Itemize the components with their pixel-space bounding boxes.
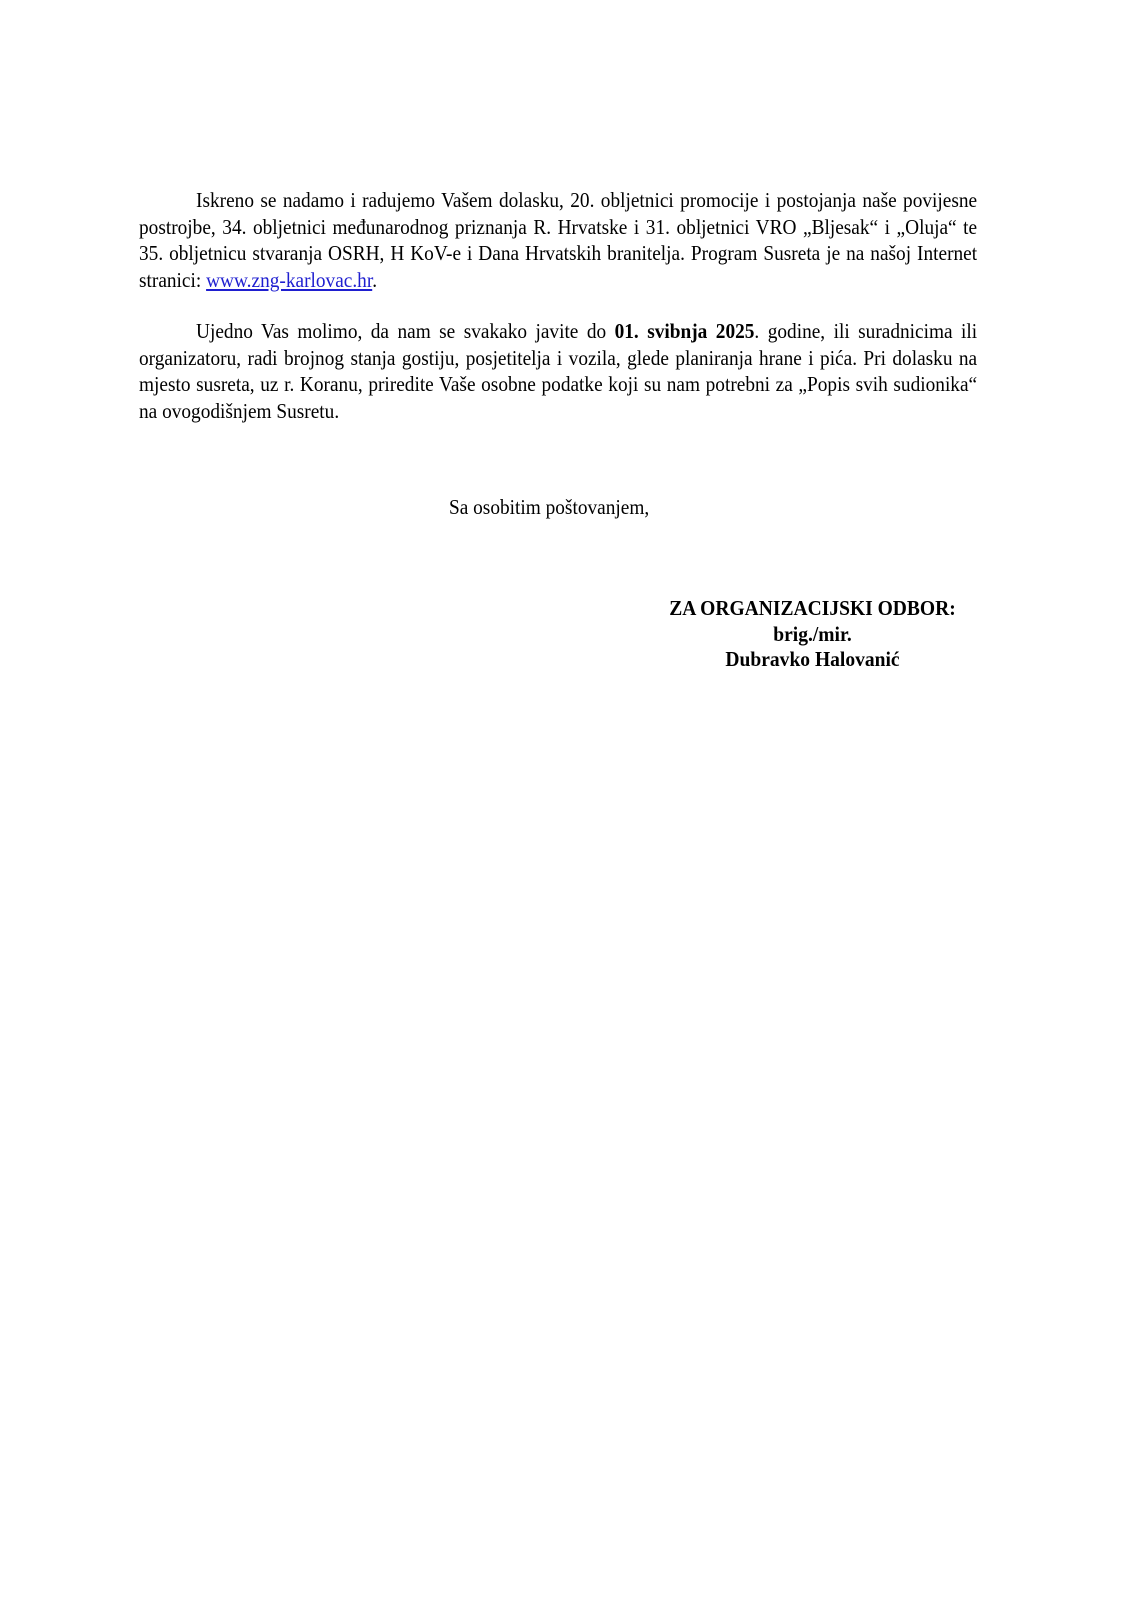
signature-block: ZA ORGANIZACIJSKI ODBOR: brig./mir. Dubr… [640, 596, 985, 673]
deadline-date: 01. svibnja 2025 [615, 319, 755, 343]
website-link[interactable]: www.zng-karlovac.hr [206, 268, 372, 292]
signature-name: Dubravko Halovanić [652, 647, 973, 673]
document-page: Iskreno se nadamo i radujemo Vašem dolas… [0, 0, 1131, 1600]
paragraph-request: Ujedno Vas molimo, da nam se svakako jav… [139, 318, 977, 424]
signature-rank: brig./mir. [652, 622, 973, 648]
paragraph-request-text: Ujedno Vas molimo, da nam se svakako jav… [196, 319, 615, 343]
paragraph-invitation: Iskreno se nadamo i radujemo Vašem dolas… [139, 187, 977, 293]
closing-salutation: Sa osobitim poštovanjem, [449, 495, 649, 520]
paragraph-invitation-end: . [372, 268, 377, 292]
signature-committee: ZA ORGANIZACIJSKI ODBOR: [652, 596, 973, 622]
